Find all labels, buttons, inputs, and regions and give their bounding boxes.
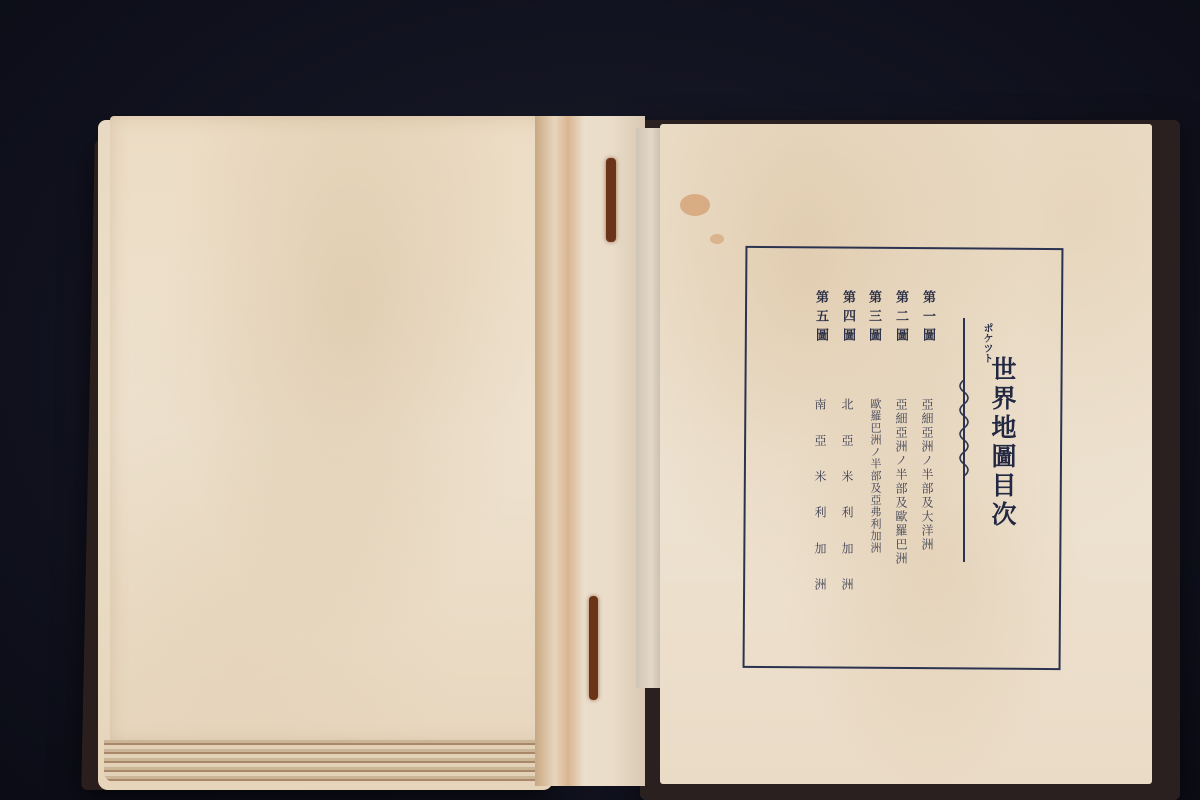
wavy-line-ornament <box>954 380 974 480</box>
chapter-5-name: 南亞米利加洲 <box>812 398 829 614</box>
chapter-3-number: 第三圖 <box>864 290 883 347</box>
toc-title: 世界地圖目次 <box>984 356 1020 530</box>
page-edges <box>104 740 552 782</box>
rusty-staple-bottom <box>589 596 598 700</box>
rusty-staple-top <box>606 158 616 242</box>
chapter-2-name: 亞細亞洲ノ半部及歐羅巴洲 <box>893 398 910 566</box>
chapter-2-number: 第二圖 <box>891 290 910 347</box>
chapter-1-name: 亞細亞洲ノ半部及大洋洲 <box>919 398 936 552</box>
chapter-1-number: 第一圖 <box>918 290 937 347</box>
chapter-3-name: 歐羅巴洲ノ半部及亞弗利加洲 <box>867 398 883 554</box>
chapter-5-number: 第五圖 <box>811 290 830 347</box>
foxing-stain <box>680 194 710 216</box>
chapter-4-number: 第四圖 <box>838 290 857 347</box>
left-blank-page <box>110 116 550 744</box>
chapter-4-name: 北亞米利加洲 <box>839 398 856 614</box>
foxing-stain <box>710 234 724 244</box>
